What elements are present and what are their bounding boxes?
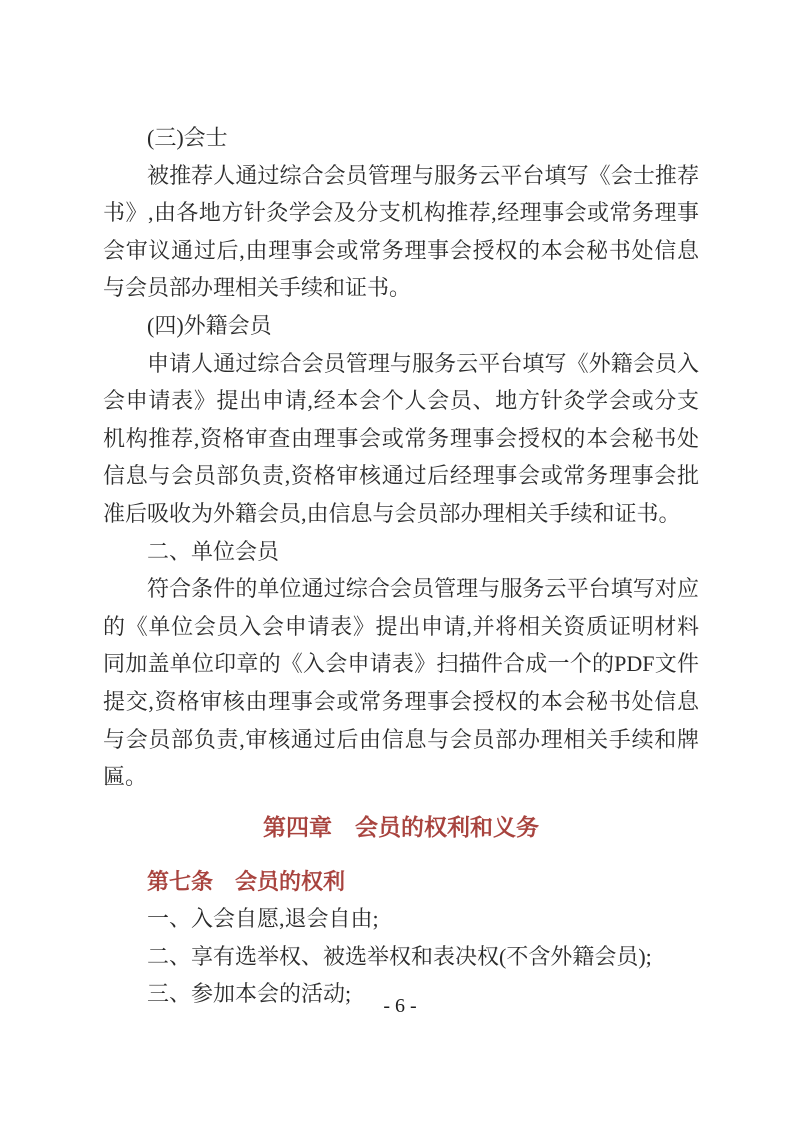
page-number: - 6 - — [0, 992, 800, 1020]
section-heading-unit-member: 二、单位会员 — [103, 533, 699, 571]
section-paragraph-foreign-member: 申请人通过综合会员管理与服务云平台填写《外籍会员入会申请表》提出申请,经本会个人… — [103, 345, 699, 533]
section-paragraph-huishi: 被推荐人通过综合会员管理与服务云平台填写《会士推荐书》,由各地方针灸学会及分支机… — [103, 157, 699, 307]
section-paragraph-unit-member: 符合条件的单位通过综合会员管理与服务云平台填写对应的《单位会员入会申请表》提出申… — [103, 570, 699, 796]
list-item-1: 一、入会自愿,退会自由; — [103, 900, 699, 938]
article-heading: 第七条 会员的权利 — [103, 863, 699, 901]
section-heading-foreign-member: (四)外籍会员 — [103, 307, 699, 345]
document-body: (三)会士 被推荐人通过综合会员管理与服务云平台填写《会士推荐书》,由各地方针灸… — [103, 119, 699, 1013]
chapter-heading: 第四章 会员的权利和义务 — [103, 808, 699, 846]
document-page: (三)会士 被推荐人通过综合会员管理与服务云平台填写《会士推荐书》,由各地方针灸… — [0, 0, 800, 1131]
section-heading-huishi: (三)会士 — [103, 119, 699, 157]
list-item-2: 二、享有选举权、被选举权和表决权(不含外籍会员); — [103, 938, 699, 976]
